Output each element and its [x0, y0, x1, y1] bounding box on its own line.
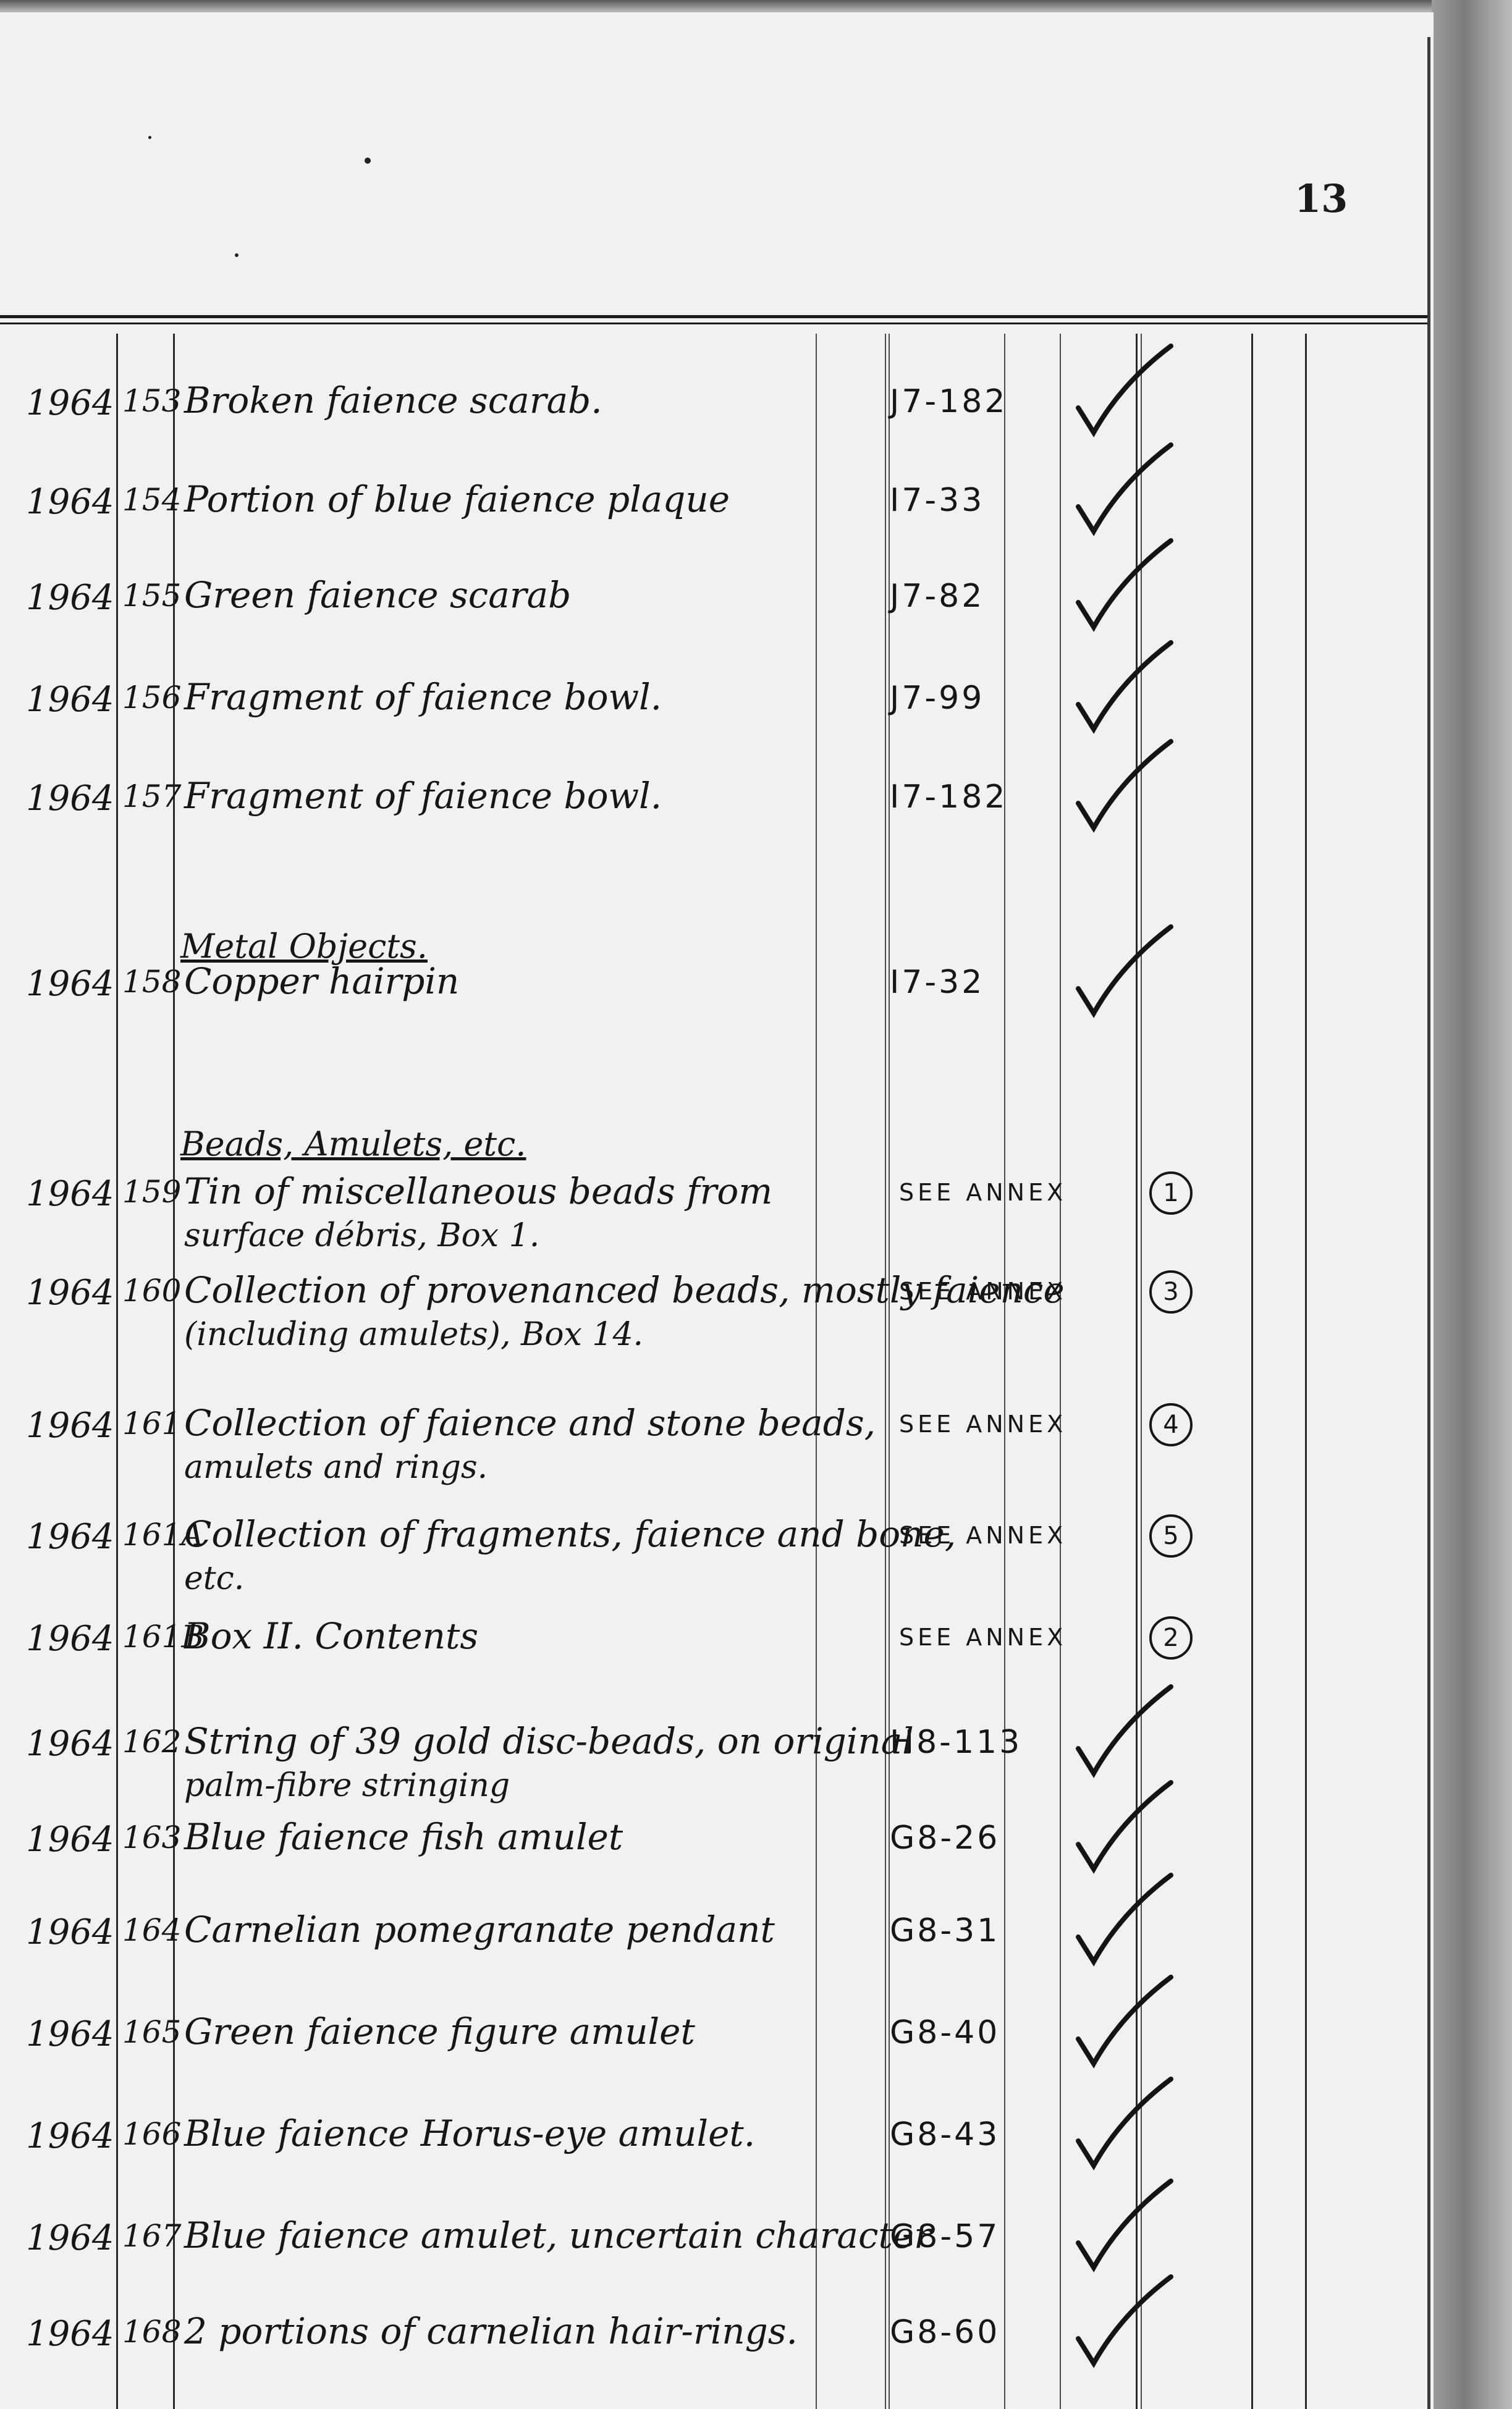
location-reference: I7-182 [890, 778, 1007, 816]
entry-year: 1964 [26, 1517, 114, 1557]
entry-description: Fragment of faience bowl. [184, 774, 662, 818]
entry-number: 160 [122, 1273, 181, 1309]
column-divider-a [885, 334, 886, 2409]
location-reference: G8-60 [890, 2314, 1000, 2351]
checkmark-icon [1066, 636, 1189, 735]
description-line: Broken faience scarab. [184, 378, 602, 423]
entry-number: 153 [122, 383, 181, 419]
column-divider-year [116, 334, 118, 2409]
entry-year: 1964 [26, 1619, 114, 1659]
column-divider-f [1305, 334, 1307, 2409]
entry-year: 1964 [26, 383, 114, 423]
entry-number: 158 [122, 964, 181, 1000]
description-line: Collection of fragments, faience and bon… [184, 1512, 956, 1556]
description-line: Collection of faience and stone beads, [184, 1401, 876, 1445]
description-line: surface débris, Box 1. [184, 1213, 772, 1258]
description-line: Fragment of faience bowl. [184, 675, 662, 719]
header-rule-top [0, 315, 1427, 318]
entry-description: Box II. Contents [184, 1614, 478, 1658]
location-reference: G8-26 [890, 1820, 1000, 1857]
entry-year: 1964 [26, 578, 114, 618]
entry-number: 155 [122, 578, 181, 614]
entry-year: 1964 [26, 680, 114, 720]
annex-number-badge: 3 [1149, 1270, 1193, 1314]
description-line: palm-fibre stringing [184, 1763, 914, 1808]
entry-year: 1964 [26, 1820, 114, 1860]
description-line: Green faience figure amulet [184, 2009, 695, 2054]
entry-description: Collection of faience and stone beads,am… [184, 1401, 876, 1490]
entry-number: 161 [122, 1406, 181, 1441]
section-heading-metal-objects: Metal Objects. [180, 927, 428, 966]
entry-year: 1964 [26, 2218, 114, 2258]
description-line: Blue faience amulet, uncertain character [184, 2213, 931, 2258]
checkmark-icon [1066, 340, 1189, 439]
entry-year: 1964 [26, 2314, 114, 2354]
page-number: 13 [1294, 176, 1348, 221]
checkmark-icon [1066, 534, 1189, 633]
annex-number-badge: 1 [1149, 1171, 1193, 1215]
location-reference: G8-31 [890, 1912, 1000, 1949]
ink-speck [235, 253, 239, 257]
annex-reference: SEE ANNEX [899, 1179, 1066, 1206]
entry-number: 167 [122, 2218, 181, 2254]
location-reference: I7-33 [890, 482, 984, 519]
entry-year: 1964 [26, 1724, 114, 1764]
entry-description: Blue faience amulet, uncertain character [184, 2213, 931, 2258]
entry-number: 157 [122, 778, 181, 814]
header-rule-bottom [0, 323, 1427, 324]
entry-year: 1964 [26, 964, 114, 1004]
annex-reference: SEE ANNEX [899, 1411, 1066, 1438]
column-divider-e [1251, 334, 1253, 2409]
description-line: String of 39 gold disc-beads, on origina… [184, 1719, 914, 1763]
column-divider-a2 [889, 334, 890, 2409]
annex-reference: SEE ANNEX [899, 1522, 1066, 1549]
location-reference: J7-182 [890, 383, 1007, 420]
entry-description: Carnelian pomegranate pendant [184, 1907, 775, 1952]
entry-number: 163 [122, 1820, 181, 1855]
entry-year: 1964 [26, 2116, 114, 2156]
entry-description: String of 39 gold disc-beads, on origina… [184, 1719, 914, 1808]
ledger-page: 13 1964153Broken faience scarab.J7-18219… [0, 12, 1434, 2409]
description-line: Portion of blue faience plaque [184, 477, 730, 521]
entry-description: Fragment of faience bowl. [184, 675, 662, 719]
location-reference: J7-99 [890, 680, 984, 717]
description-line: (including amulets), Box 14. [184, 1312, 1065, 1357]
entry-description: Tin of miscellaneous beads fromsurface d… [184, 1169, 772, 1258]
checkmark-icon [1066, 2271, 1189, 2369]
ink-speck [148, 136, 151, 139]
entry-year: 1964 [26, 2014, 114, 2054]
checkmark-icon [1066, 921, 1189, 1019]
checkmark-icon [1066, 735, 1189, 834]
entry-year: 1964 [26, 1273, 114, 1313]
ink-speck [365, 158, 371, 164]
location-reference: J7-82 [890, 578, 984, 615]
entry-year: 1964 [26, 1174, 114, 1214]
column-divider-b [1004, 334, 1005, 2409]
description-line: Tin of miscellaneous beads from [184, 1169, 772, 1213]
entry-number: 159 [122, 1174, 181, 1210]
entry-number: 154 [122, 482, 181, 518]
entry-description: 2 portions of carnelian hair-rings. [184, 2309, 798, 2353]
annex-number-badge: 4 [1149, 1403, 1193, 1446]
checkmark-icon [1066, 1776, 1189, 1875]
entry-description: Green faience scarab [184, 573, 571, 617]
annex-number-badge: 2 [1149, 1616, 1193, 1660]
annex-reference: SEE ANNEX [899, 1624, 1066, 1651]
description-line: Carnelian pomegranate pendant [184, 1907, 775, 1952]
entry-description: Broken faience scarab. [184, 378, 602, 423]
description-line: 2 portions of carnelian hair-rings. [184, 2309, 798, 2353]
description-line: Box II. Contents [184, 1614, 478, 1658]
checkmark-icon [1066, 1869, 1189, 1968]
entry-description: Blue faience Horus-eye amulet. [184, 2111, 755, 2156]
column-divider-c [1060, 334, 1061, 2409]
entry-description: Collection of fragments, faience and bon… [184, 1512, 956, 1601]
scan-shadow-right [1432, 0, 1512, 2409]
annex-number-badge: 5 [1149, 1514, 1193, 1558]
entry-description: Green faience figure amulet [184, 2009, 695, 2054]
entry-year: 1964 [26, 778, 114, 819]
entry-number: 156 [122, 680, 181, 715]
entry-number: 168 [122, 2314, 181, 2350]
location-reference: I7-32 [890, 964, 984, 1001]
entry-year: 1964 [26, 482, 114, 522]
entry-number: 164 [122, 1912, 181, 1948]
entry-number: 166 [122, 2116, 181, 2152]
entry-year: 1964 [26, 1912, 114, 1952]
description-line: Fragment of faience bowl. [184, 774, 662, 818]
checkmark-icon [1066, 2073, 1189, 2172]
checkmark-icon [1066, 2175, 1189, 2274]
entry-description: Blue faience fish amulet [184, 1815, 623, 1859]
column-divider-number [173, 334, 175, 2409]
checkmark-icon [1066, 1681, 1189, 1779]
description-line: etc. [184, 1556, 956, 1601]
section-heading-beads-amulets: Beads, Amulets, etc. [180, 1124, 526, 1163]
description-line: Green faience scarab [184, 573, 571, 617]
description-line: Blue faience Horus-eye amulet. [184, 2111, 755, 2156]
entry-year: 1964 [26, 1406, 114, 1446]
entry-number: 165 [122, 2014, 181, 2050]
entry-description: Portion of blue faience plaque [184, 477, 730, 521]
scan-shadow-top [0, 0, 1512, 12]
location-reference: G8-43 [890, 2116, 1000, 2153]
annex-reference: SEE ANNEX [899, 1278, 1066, 1305]
entry-number: 162 [122, 1724, 181, 1760]
location-reference: G8-40 [890, 2014, 1000, 2051]
location-reference: H8-113 [890, 1724, 1022, 1761]
location-reference: G8-57 [890, 2218, 1000, 2255]
checkmark-icon [1066, 439, 1189, 538]
checkmark-icon [1066, 1971, 1189, 2070]
description-line: amulets and rings. [184, 1445, 876, 1490]
column-divider-description [816, 334, 817, 2409]
page-right-border [1427, 37, 1430, 2409]
description-line: Blue faience fish amulet [184, 1815, 623, 1859]
